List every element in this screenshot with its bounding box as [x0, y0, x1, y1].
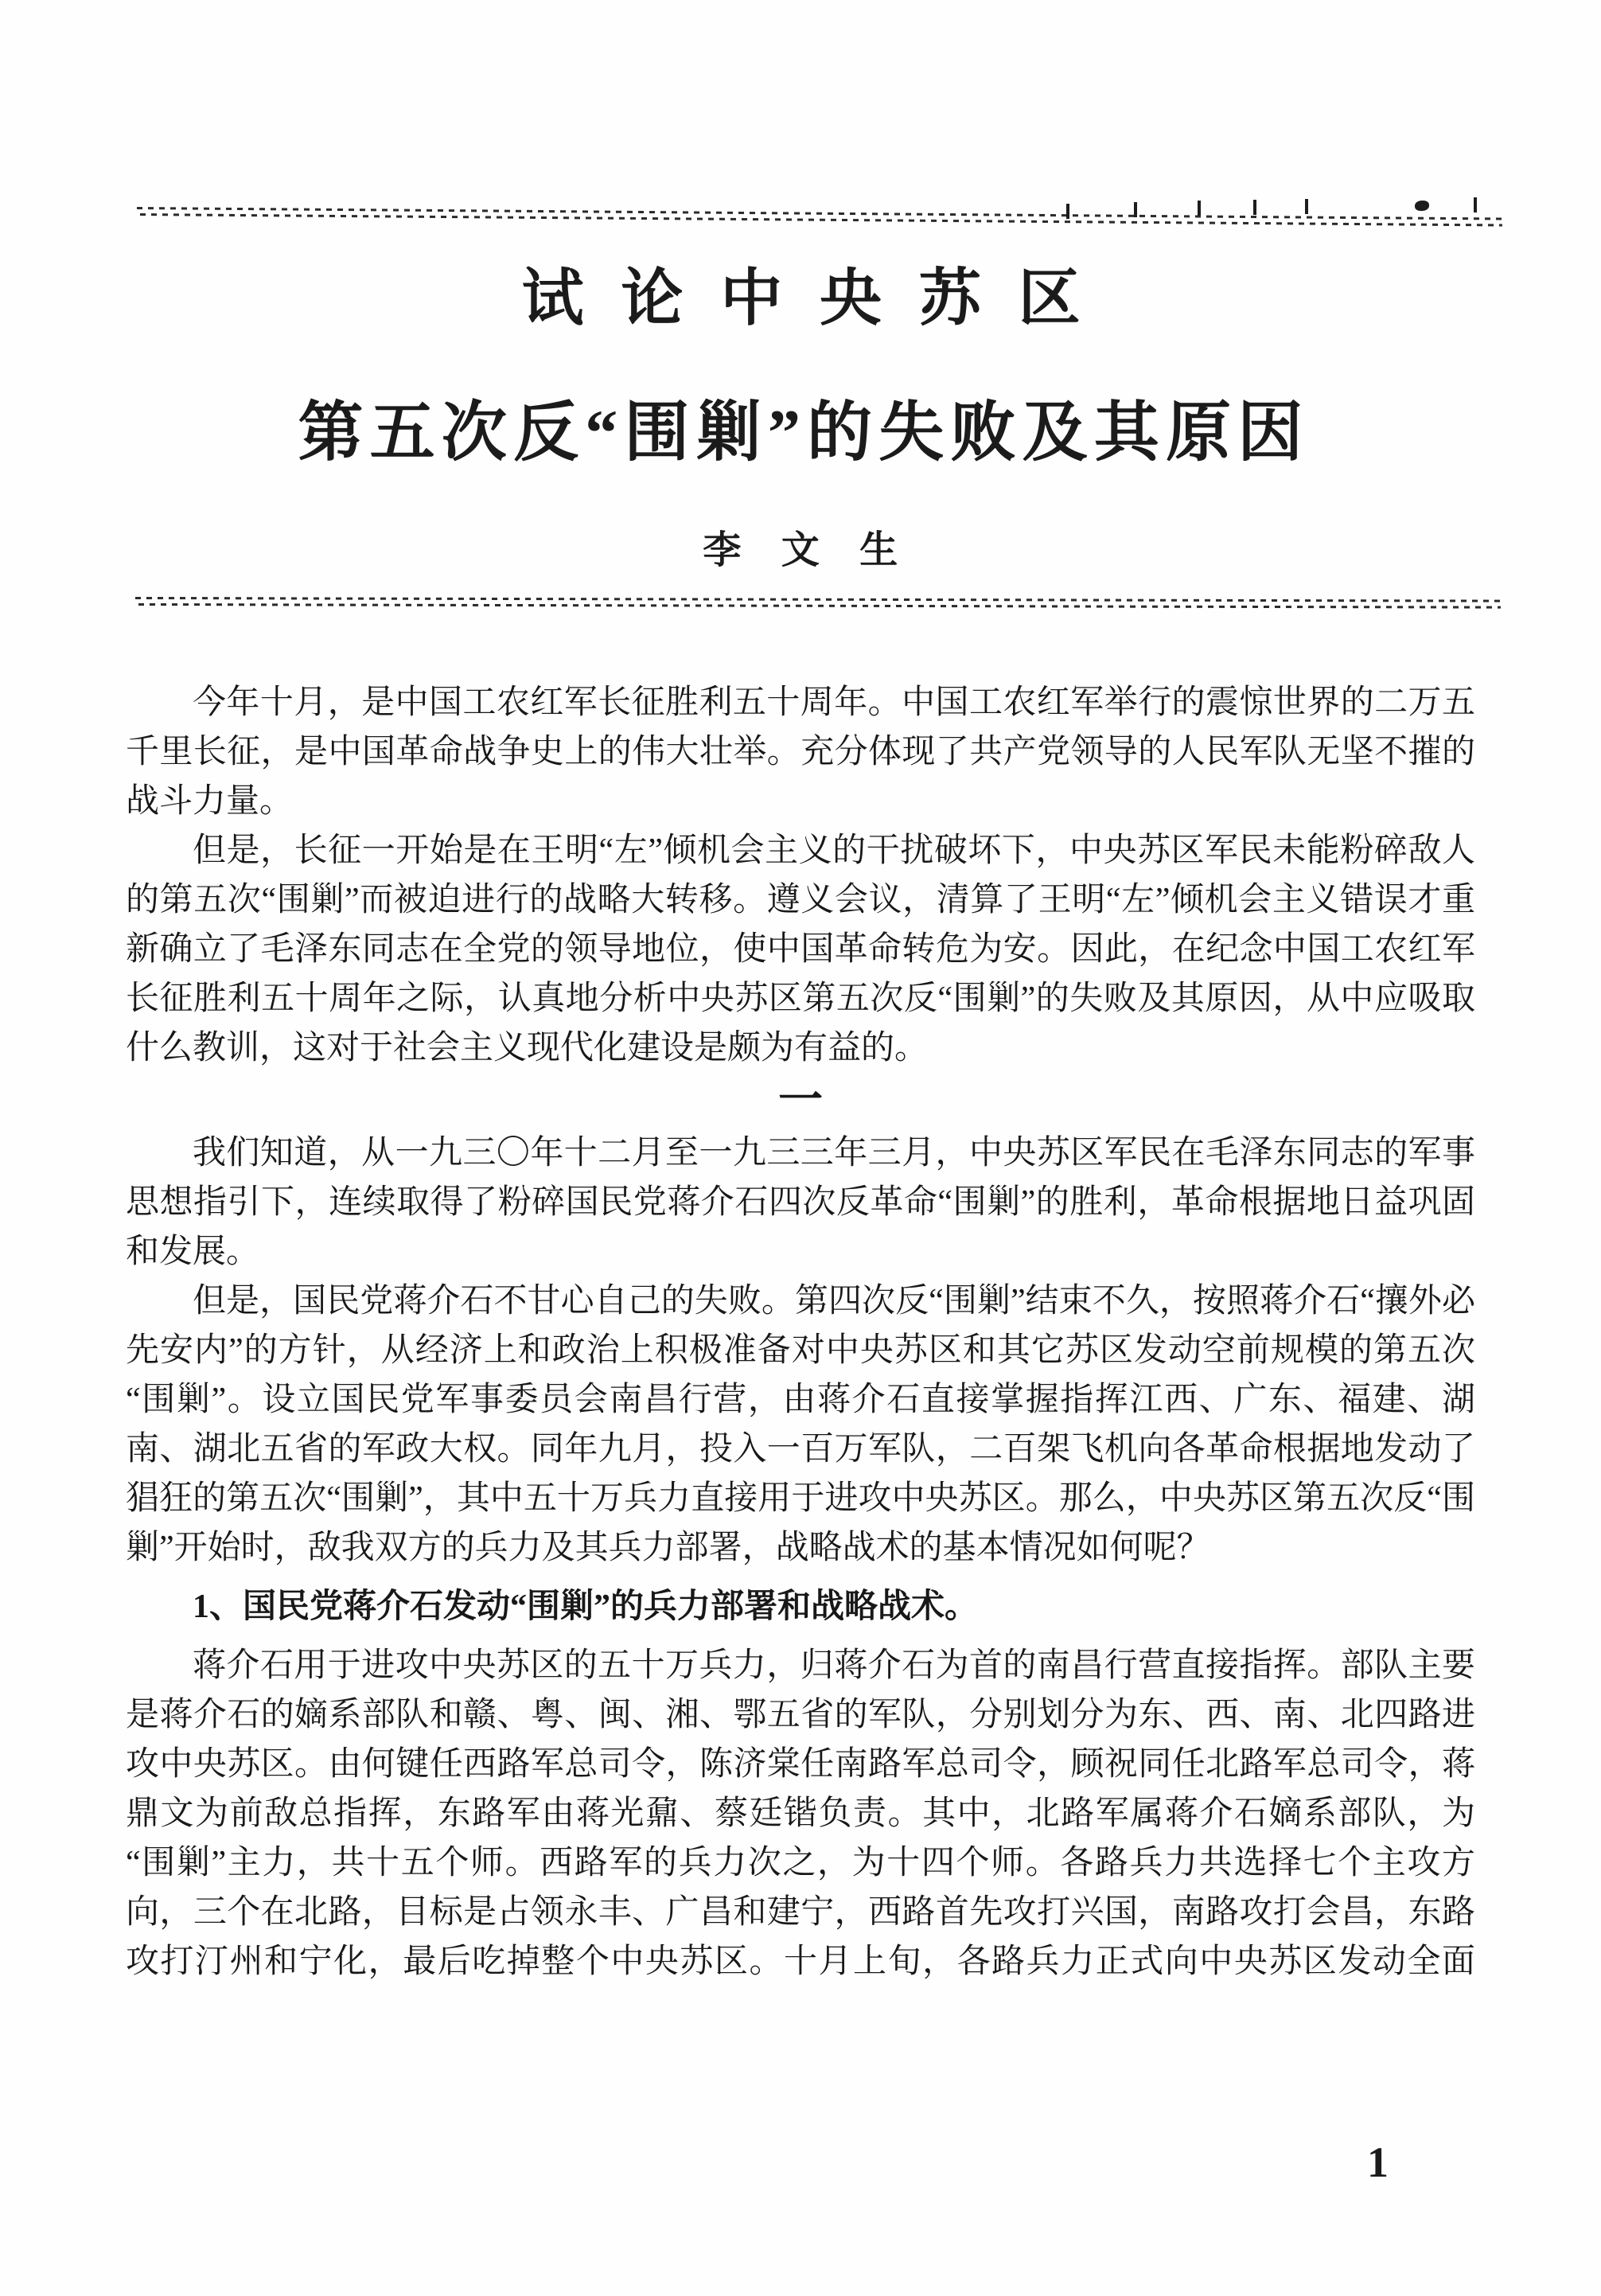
- scan-artifact: [1198, 201, 1201, 216]
- scan-artifact: [1134, 202, 1137, 217]
- document-page: 试论中央苏区 第五次反“围剿”的失败及其原因 李文生 今年十月，是中国工农红军长…: [0, 0, 1601, 2296]
- scan-artifact: [1474, 197, 1477, 212]
- paragraph: 今年十月，是中国工农红军长征胜利五十周年。中国工农红军举行的震惊世界的二万五千里…: [126, 678, 1475, 826]
- paragraph: 但是，长征一开始是在王明“左”倾机会主义的干扰破坏下，中央苏区军民未能粉碎敌人的…: [126, 826, 1475, 1073]
- author-name: 李文生: [0, 519, 1601, 574]
- paragraph: 蒋介石用于进攻中央苏区的五十万兵力，归蒋介石为首的南昌行营直接指挥。部队主要是蒋…: [126, 1641, 1475, 1986]
- article-title-line1: 试论中央苏区: [0, 248, 1601, 337]
- top-dashed-rule: [137, 207, 1502, 226]
- scan-artifact: [1253, 200, 1256, 215]
- sub-heading: 1、国民党蒋介石发动“围剿”的兵力部署和战略战术。: [126, 1582, 1475, 1631]
- paragraph: 我们知道，从一九三〇年十二月至一九三三年三月，中央苏区军民在毛泽东同志的军事思想…: [126, 1129, 1475, 1277]
- scan-artifact: [1415, 201, 1429, 211]
- scan-artifact: [1305, 199, 1308, 214]
- article-body: 今年十月，是中国工农红军长征胜利五十周年。中国工农红军举行的震惊世界的二万五千里…: [126, 678, 1475, 1986]
- scan-artifact: [1066, 204, 1069, 219]
- section-number-divider: 一: [126, 1073, 1475, 1129]
- mid-dashed-rule: [135, 597, 1501, 609]
- article-title-line2: 第五次反“围剿”的失败及其原因: [0, 380, 1601, 474]
- page-number: 1: [1367, 2138, 1389, 2187]
- paragraph: 但是，国民党蒋介石不甘心自己的失败。第四次反“围剿”结束不久，按照蒋介石“攘外必…: [126, 1277, 1475, 1573]
